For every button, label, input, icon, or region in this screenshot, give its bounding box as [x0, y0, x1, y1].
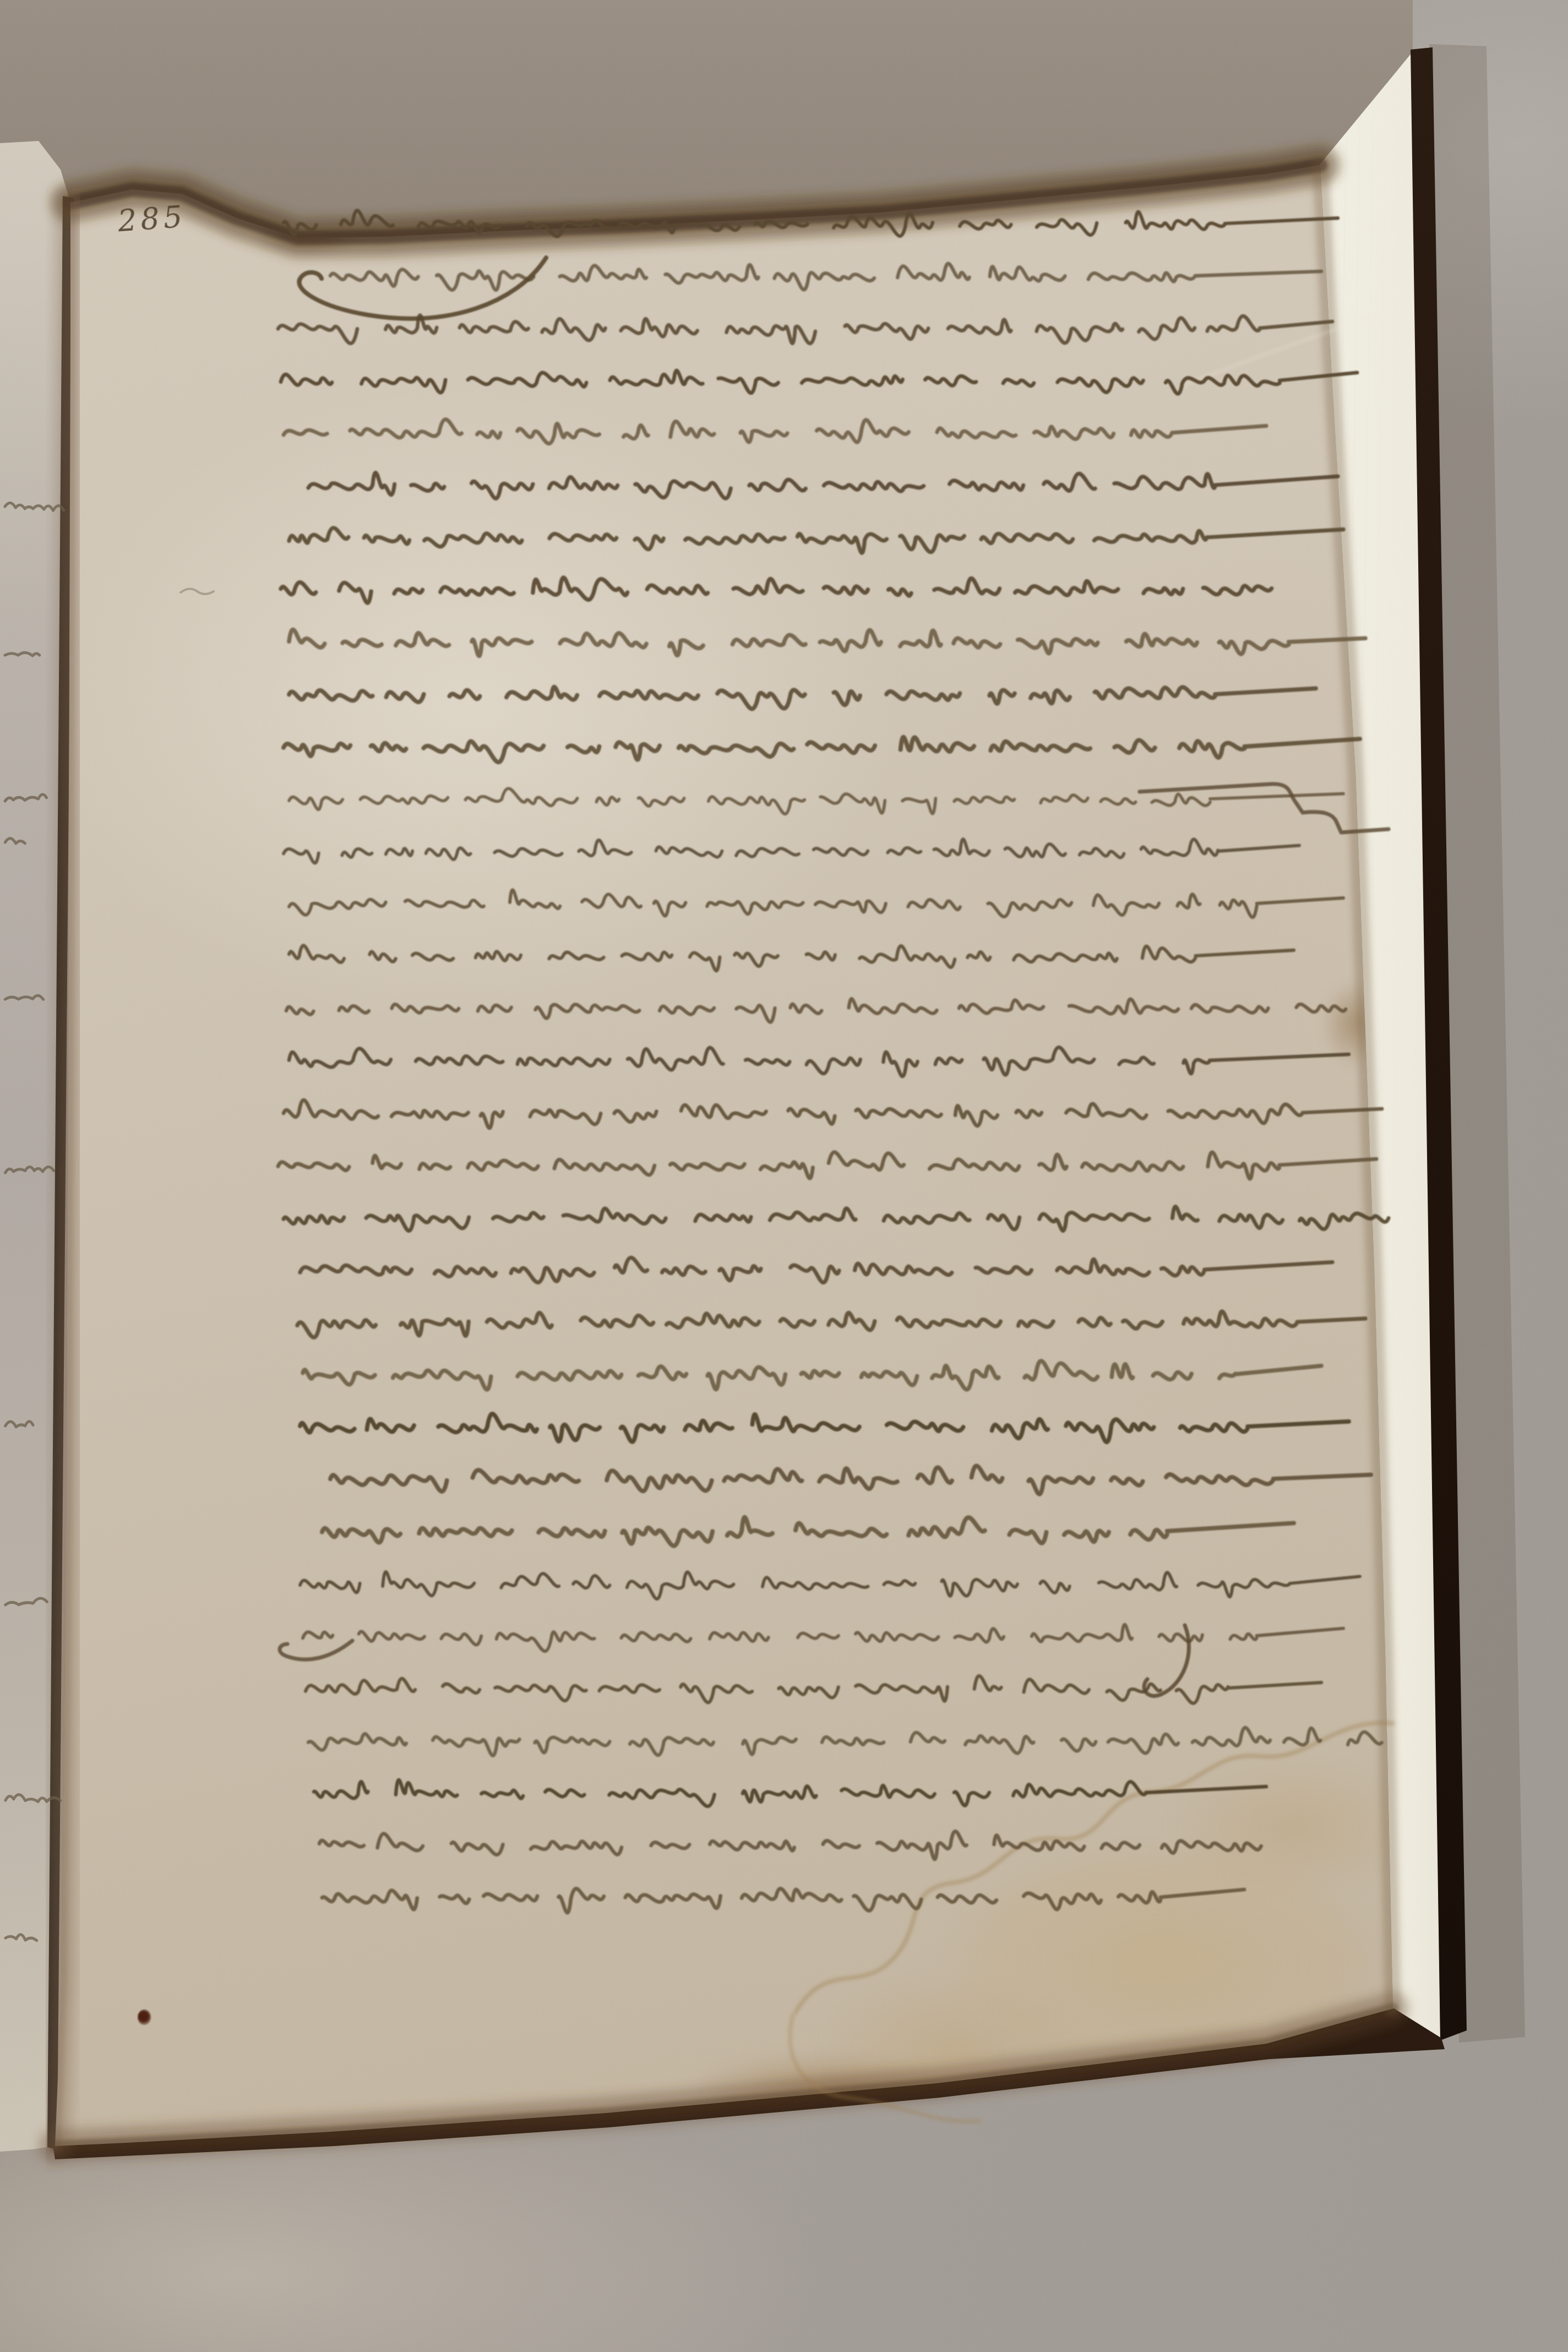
- handwriting-ink-layer: [0, 0, 1568, 2352]
- manuscript-photo: 285: [0, 0, 1568, 2352]
- photo-grain: [0, 0, 1568, 2352]
- page-number: 285: [117, 199, 187, 239]
